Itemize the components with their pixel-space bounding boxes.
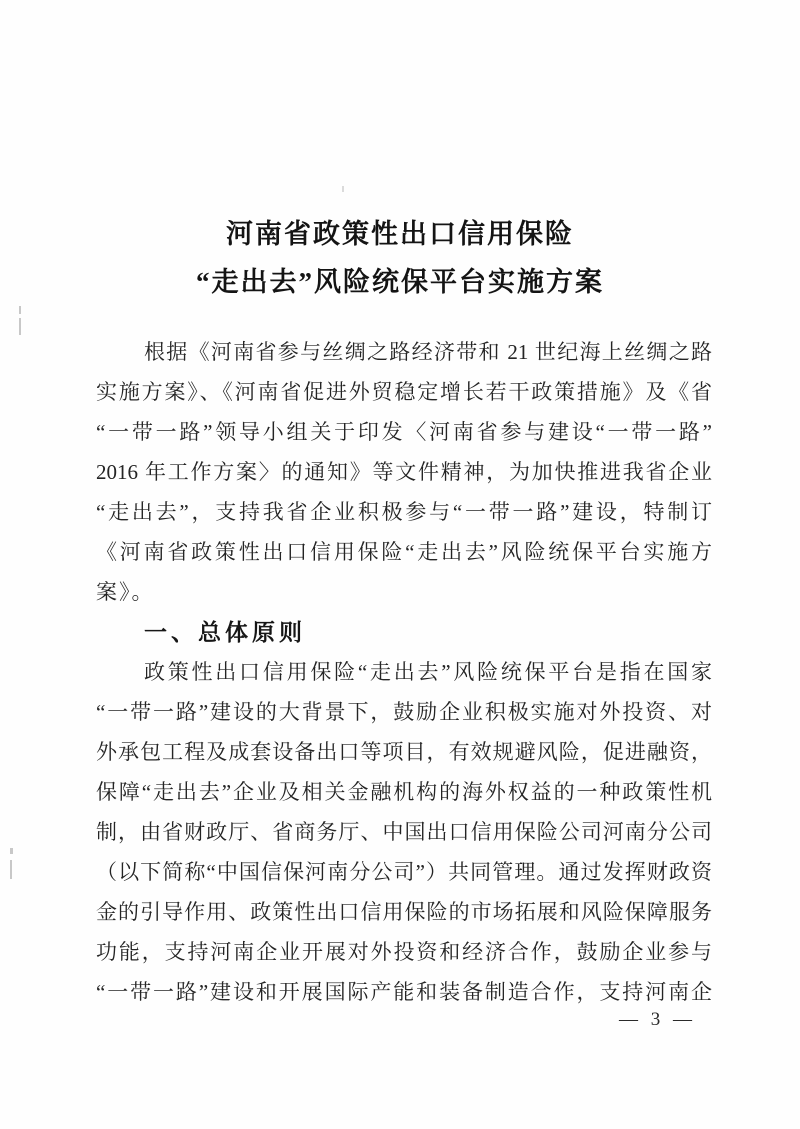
document-body: 根据《河南省参与丝绸之路经济带和 21 世纪海上丝绸之路 实施方案》、《河南省促… (96, 332, 712, 1012)
document-title-line-1: 河南省政策性出口信用保险 (0, 214, 800, 254)
text-line: 根据《河南省参与丝绸之路经济带和 21 世纪海上丝绸之路 (96, 332, 712, 372)
text-line: 金的引导作用、政策性出口信用保险的市场拓展和风险保障服务 (96, 892, 712, 932)
text-line: 功能，支持河南企业开展对外投资和经济合作，鼓励企业参与 (96, 932, 712, 972)
page-number: — 3 — (619, 1006, 696, 1034)
scan-artifact (10, 860, 12, 879)
text-line: 《河南省政策性出口信用保险“走出去”风险统保平台实施方 (96, 532, 712, 572)
scan-artifact (10, 848, 13, 854)
text-line: “一带一路”领导小组关于印发〈河南省参与建设“一带一路” (96, 412, 712, 452)
document-title-line-2: “走出去”风险统保平台实施方案 (0, 262, 800, 302)
text-line: 外承包工程及成套设备出口等项目，有效规避风险，促进融资， (96, 732, 712, 772)
scanned-document-page: 河南省政策性出口信用保险 “走出去”风险统保平台实施方案 根据《河南省参与丝绸之… (0, 0, 800, 1129)
scan-artifact (19, 318, 21, 335)
scan-artifact (19, 306, 21, 314)
text-line: 制，由省财政厅、省商务厅、中国出口信用保险公司河南分公司 (96, 812, 712, 852)
text-line: 2016 年工作方案〉的通知》等文件精神，为加快推进我省企业 (96, 452, 712, 492)
text-line: “一带一路”建设的大背景下，鼓励企业积极实施对外投资、对 (96, 692, 712, 732)
text-line: 实施方案》、《河南省促进外贸稳定增长若干政策措施》及《省 (96, 372, 712, 412)
text-line: 保障“走出去”企业及相关金融机构的海外权益的一种政策性机 (96, 772, 712, 812)
section-heading: 一、总体原则 (96, 612, 712, 652)
scan-artifact (342, 186, 344, 192)
text-line: 案》。 (96, 572, 712, 612)
text-line: 政策性出口信用保险“走出去”风险统保平台是指在国家 (96, 652, 712, 692)
text-line: （以下简称“中国信保河南分公司”）共同管理。通过发挥财政资 (96, 852, 712, 892)
text-line: “走出去”，支持我省企业积极参与“一带一路”建设，特制订 (96, 492, 712, 532)
